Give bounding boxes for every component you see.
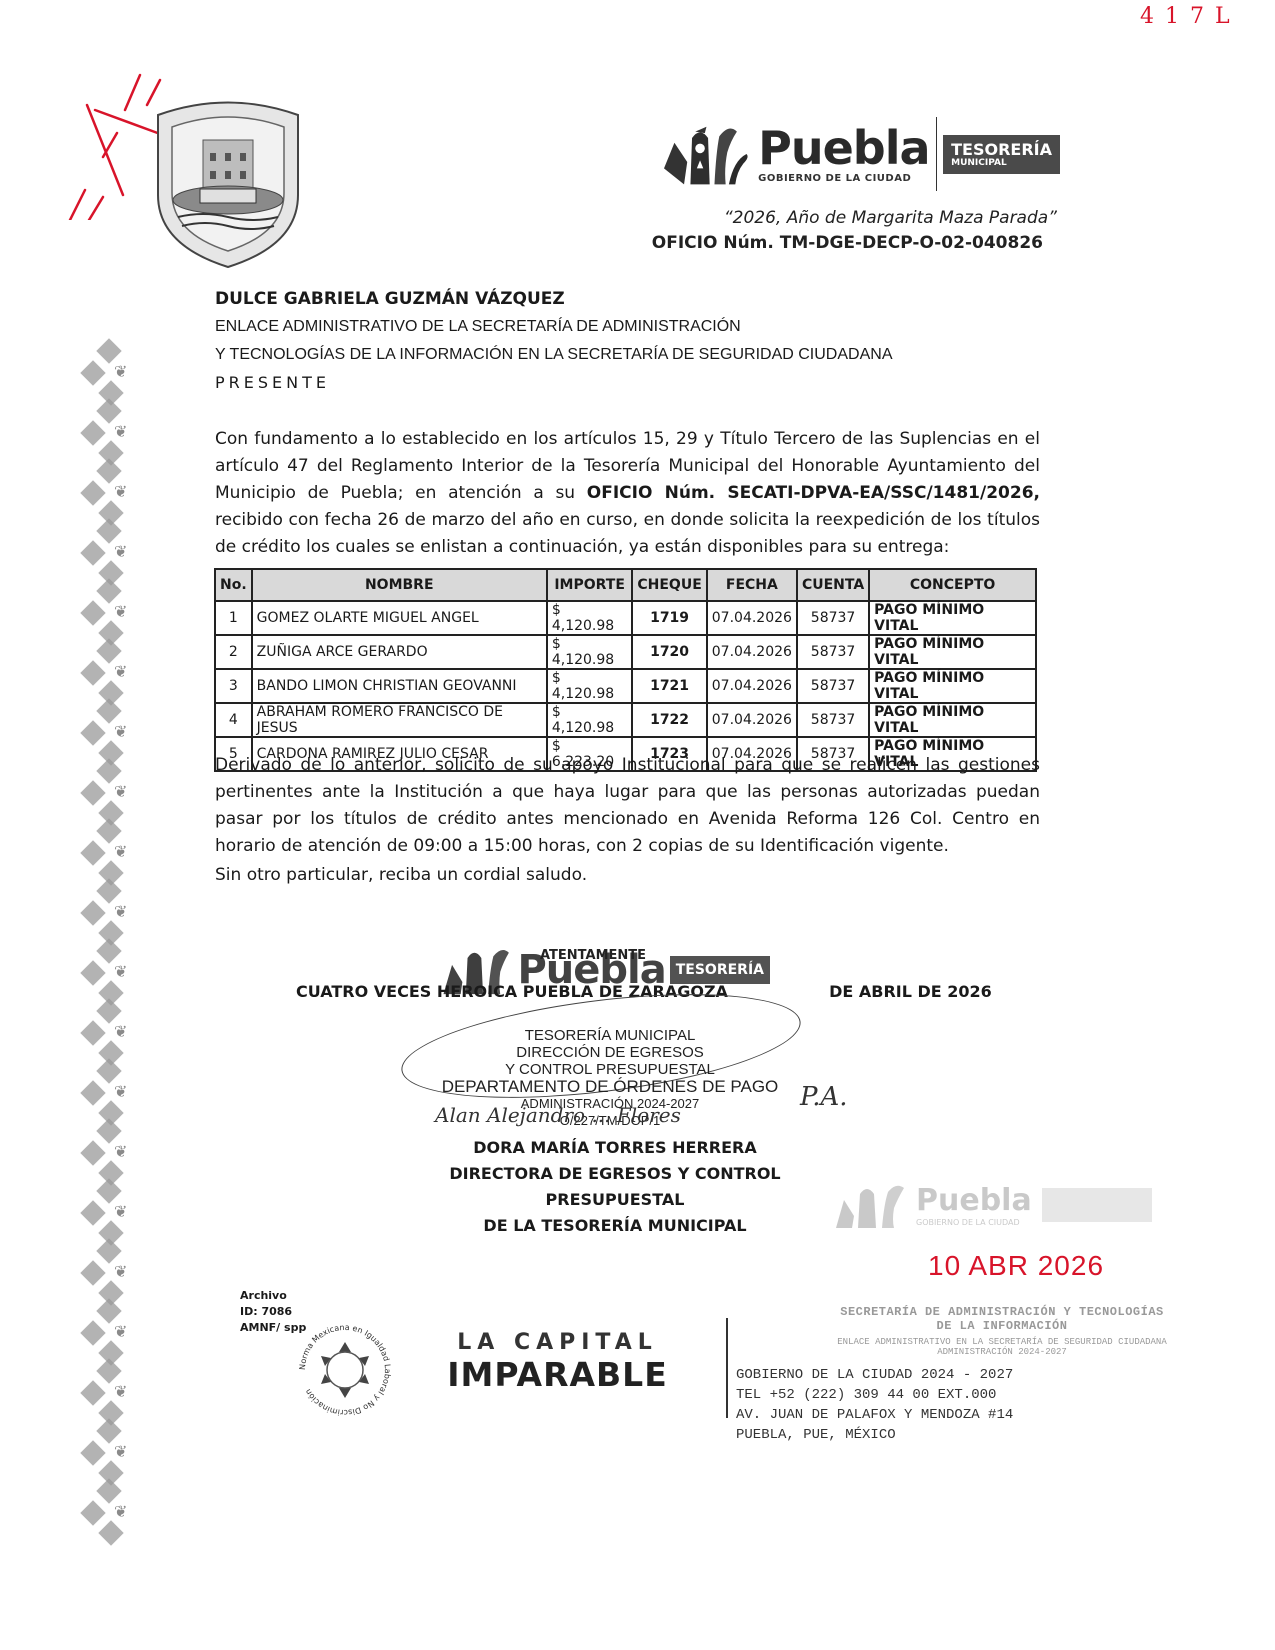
cell-cheque: 1721 <box>632 669 706 703</box>
faded-wordmark: Puebla <box>916 1183 1032 1218</box>
cell-nombre: GOMEZ OLARTE MIGUEL ANGEL <box>252 601 547 635</box>
cell-cheque: 1722 <box>632 703 706 737</box>
receipt-faded-logo: Puebla GOBIERNO DE LA CIUDAD <box>832 1180 1162 1230</box>
cell-importe: $ 4,120.98 <box>547 703 633 737</box>
cell-importe: $ 4,120.98 <box>547 601 633 635</box>
border-motif: ❦ <box>80 1420 140 1480</box>
border-motif: ❦ <box>80 760 140 820</box>
cell-no: 3 <box>215 669 252 703</box>
receipt-line1: SECRETARÍA DE ADMINISTRACIÓN Y TECNOLOGÍ… <box>832 1305 1172 1319</box>
cell-fecha: 07.04.2026 <box>707 635 797 669</box>
cell-cheque: 1719 <box>632 601 706 635</box>
border-motif: ❦ <box>80 460 140 520</box>
dept-stamp-line: DIRECCIÓN DE EGRESOS <box>420 1044 800 1061</box>
faded-subtitle: GOBIERNO DE LA CIUDAD <box>916 1218 1032 1227</box>
cell-fecha: 07.04.2026 <box>707 669 797 703</box>
cell-cuenta: 58737 <box>797 703 869 737</box>
tesoreria-label: TESORERÍA <box>951 141 1052 158</box>
cell-cuenta: 58737 <box>797 601 869 635</box>
signer-name: DORA MARÍA TORRES HERRERA <box>380 1135 850 1161</box>
addressee-title-line1: ENLACE ADMINISTRATIVO DE LA SECRETARÍA D… <box>215 313 892 341</box>
cell-no: 1 <box>215 601 252 635</box>
column-header: FECHA <box>707 569 797 601</box>
border-motif: ❦ <box>80 1480 140 1540</box>
municipal-label: MUNICIPAL <box>951 158 1052 168</box>
cell-nombre: BANDO LIMON CHRISTIAN GEOVANNI <box>252 669 547 703</box>
receipt-stamp: SECRETARÍA DE ADMINISTRACIÓN Y TECNOLOGÍ… <box>832 1305 1172 1357</box>
cell-concepto: PAGO MÍNIMO VITAL <box>869 669 1036 703</box>
logo-puebla-wordmark: Puebla <box>758 125 929 171</box>
capital-line1: LA CAPITAL <box>425 1330 690 1355</box>
dept-stamp-line: DEPARTAMENTO DE ÓRDENES DE PAGO <box>420 1078 800 1095</box>
address-line4: PUEBLA, PUE, MÉXICO <box>736 1425 1013 1445</box>
footer-divider <box>726 1318 728 1418</box>
oficio-number: OFICIO Núm. TM-DGE-DECP-O-02-040826 <box>652 233 1043 253</box>
archivo-id: ID: 7086 <box>240 1304 306 1320</box>
cell-fecha: 07.04.2026 <box>707 703 797 737</box>
border-motif: ❦ <box>80 520 140 580</box>
capital-line2: IMPARABLE <box>425 1355 690 1394</box>
table-row: 3BANDO LIMON CHRISTIAN GEOVANNI$ 4,120.9… <box>215 669 1036 703</box>
border-motif: ❦ <box>80 640 140 700</box>
address-line1: GOBIERNO DE LA CIUDAD 2024 - 2027 <box>736 1365 1013 1385</box>
table-row: 4ABRAHAM ROMERO FRANCISCO DE JESUS$ 4,12… <box>215 703 1036 737</box>
column-header: No. <box>215 569 252 601</box>
cell-no: 4 <box>215 703 252 737</box>
body-paragraph-1: Con fundamento a lo establecido en los a… <box>215 426 1040 561</box>
cell-no: 2 <box>215 635 252 669</box>
border-motif: ❦ <box>80 820 140 880</box>
addressee-block: DULCE GABRIELA GUZMÁN VÁZQUEZ ENLACE ADM… <box>215 285 892 397</box>
receipt-line3: ENLACE ADMINISTRATIVO EN LA SECRETARÍA D… <box>832 1337 1172 1347</box>
address-line3: AV. JUAN DE PALAFOX Y MENDOZA #14 <box>736 1405 1013 1425</box>
logo-divider <box>936 117 938 191</box>
border-motif: ❦ <box>80 1300 140 1360</box>
border-motif: ❦ <box>80 1180 140 1240</box>
cell-nombre: ABRAHAM ROMERO FRANCISCO DE JESUS <box>252 703 547 737</box>
border-motif: ❦ <box>80 1240 140 1300</box>
city-crest-icon <box>148 95 308 270</box>
cell-nombre: ZUÑIGA ARCE GERARDO <box>252 635 547 669</box>
la-capital-imparable-logo: LA CAPITAL IMPARABLE <box>425 1330 690 1394</box>
logo-subtitle: GOBIERNO DE LA CIUDAD <box>758 173 929 184</box>
signer-title-line1: DIRECTORA DE EGRESOS Y CONTROL PRESUPUES… <box>380 1161 850 1213</box>
cell-cheque: 1720 <box>632 635 706 669</box>
column-header: IMPORTE <box>547 569 633 601</box>
puebla-emblem-faded-icon <box>832 1180 912 1230</box>
column-header: CHEQUE <box>632 569 706 601</box>
receipt-line2: DE LA INFORMACIÓN <box>832 1319 1172 1333</box>
cell-cuenta: 58737 <box>797 669 869 703</box>
folio-annotation: 4 1 7 L <box>1140 4 1232 29</box>
puebla-tesoreria-logo: Puebla GOBIERNO DE LA CIUDAD TESORERÍA M… <box>660 112 1060 196</box>
stamp-logo-dept: TESORERÍA <box>670 956 770 984</box>
border-motif: ❦ <box>80 580 140 640</box>
table-row: 2ZUÑIGA ARCE GERARDO$ 4,120.98172007.04.… <box>215 635 1036 669</box>
addressee-name: DULCE GABRIELA GUZMÁN VÁZQUEZ <box>215 285 892 313</box>
received-date-stamp: 10 ABR 2026 <box>928 1250 1104 1282</box>
handwritten-pa: P.A. <box>800 1082 848 1112</box>
table-row: 1GOMEZ OLARTE MIGUEL ANGEL$ 4,120.981719… <box>215 601 1036 635</box>
border-motif: ❦ <box>80 400 140 460</box>
address-line2: TEL +52 (222) 309 44 00 EXT.000 <box>736 1385 1013 1405</box>
equality-seal-icon: Norma Mexicana en Igualdad Laboral y No … <box>295 1320 395 1420</box>
body-paragraph-2: Derivado de lo anterior, solicito de su … <box>215 752 1040 860</box>
dept-stamp-line: TESORERÍA MUNICIPAL <box>420 1027 800 1044</box>
decorative-border: ❦❦❦❦❦❦❦❦❦❦❦❦❦❦❦❦❦❦❦❦ <box>80 340 140 1550</box>
handwritten-signature: Alan Alejandro ... Flores <box>435 1103 681 1127</box>
border-motif: ❦ <box>80 940 140 1000</box>
tesoreria-badge: TESORERÍA MUNICIPAL <box>943 135 1060 174</box>
archivo-label: Archivo <box>240 1288 306 1304</box>
border-motif: ❦ <box>80 1360 140 1420</box>
cell-concepto: PAGO MÍNIMO VITAL <box>869 635 1036 669</box>
closing-salutation: Sin otro particular, reciba un cordial s… <box>215 865 587 885</box>
credit-titles-table: No.NOMBREIMPORTECHEQUEFECHACUENTACONCEPT… <box>214 568 1037 772</box>
cell-concepto: PAGO MÍNIMO VITAL <box>869 703 1036 737</box>
addressee-title-line2: Y TECNOLOGÍAS DE LA INFORMACIÓN EN LA SE… <box>215 341 892 369</box>
cell-importe: $ 4,120.98 <box>547 635 633 669</box>
cell-cuenta: 58737 <box>797 635 869 669</box>
dept-stamp-line: Y CONTROL PRESUPUESTAL <box>420 1061 800 1078</box>
signer-block: DORA MARÍA TORRES HERRERA DIRECTORA DE E… <box>380 1135 850 1239</box>
border-motif: ❦ <box>80 1120 140 1180</box>
column-header: CONCEPTO <box>869 569 1036 601</box>
year-motto: “2026, Año de Margarita Maza Parada” <box>724 208 1057 228</box>
svg-text:Norma Mexicana en Igualdad Lab: Norma Mexicana en Igualdad Laboral y No … <box>298 1323 392 1417</box>
border-motif: ❦ <box>80 880 140 940</box>
column-header: NOMBRE <box>252 569 547 601</box>
footer-address: GOBIERNO DE LA CIUDAD 2024 - 2027 TEL +5… <box>736 1365 1013 1445</box>
paragraph1-text-end: recibido con fecha 26 de marzo del año e… <box>215 510 1040 557</box>
date-text: DE ABRIL DE 2026 <box>829 982 992 1001</box>
signer-title-line2: DE LA TESORERÍA MUNICIPAL <box>380 1213 850 1239</box>
atentamente-label: ATENTAMENTE <box>540 948 646 963</box>
border-motif: ❦ <box>80 1060 140 1120</box>
cell-fecha: 07.04.2026 <box>707 601 797 635</box>
cell-importe: $ 4,120.98 <box>547 669 633 703</box>
border-motif: ❦ <box>80 1000 140 1060</box>
column-header: CUENTA <box>797 569 869 601</box>
receipt-line4: ADMINISTRACIÓN 2024-2027 <box>832 1347 1172 1357</box>
table-header-row: No.NOMBREIMPORTECHEQUEFECHACUENTACONCEPT… <box>215 569 1036 601</box>
cell-concepto: PAGO MÍNIMO VITAL <box>869 601 1036 635</box>
border-motif: ❦ <box>80 340 140 400</box>
salutation: PRESENTE <box>215 369 892 397</box>
border-motif: ❦ <box>80 700 140 760</box>
reference-oficio: OFICIO Núm. SECATI-DPVA-EA/SSC/1481/2026… <box>587 483 1040 503</box>
puebla-city-emblem-icon <box>660 112 752 196</box>
